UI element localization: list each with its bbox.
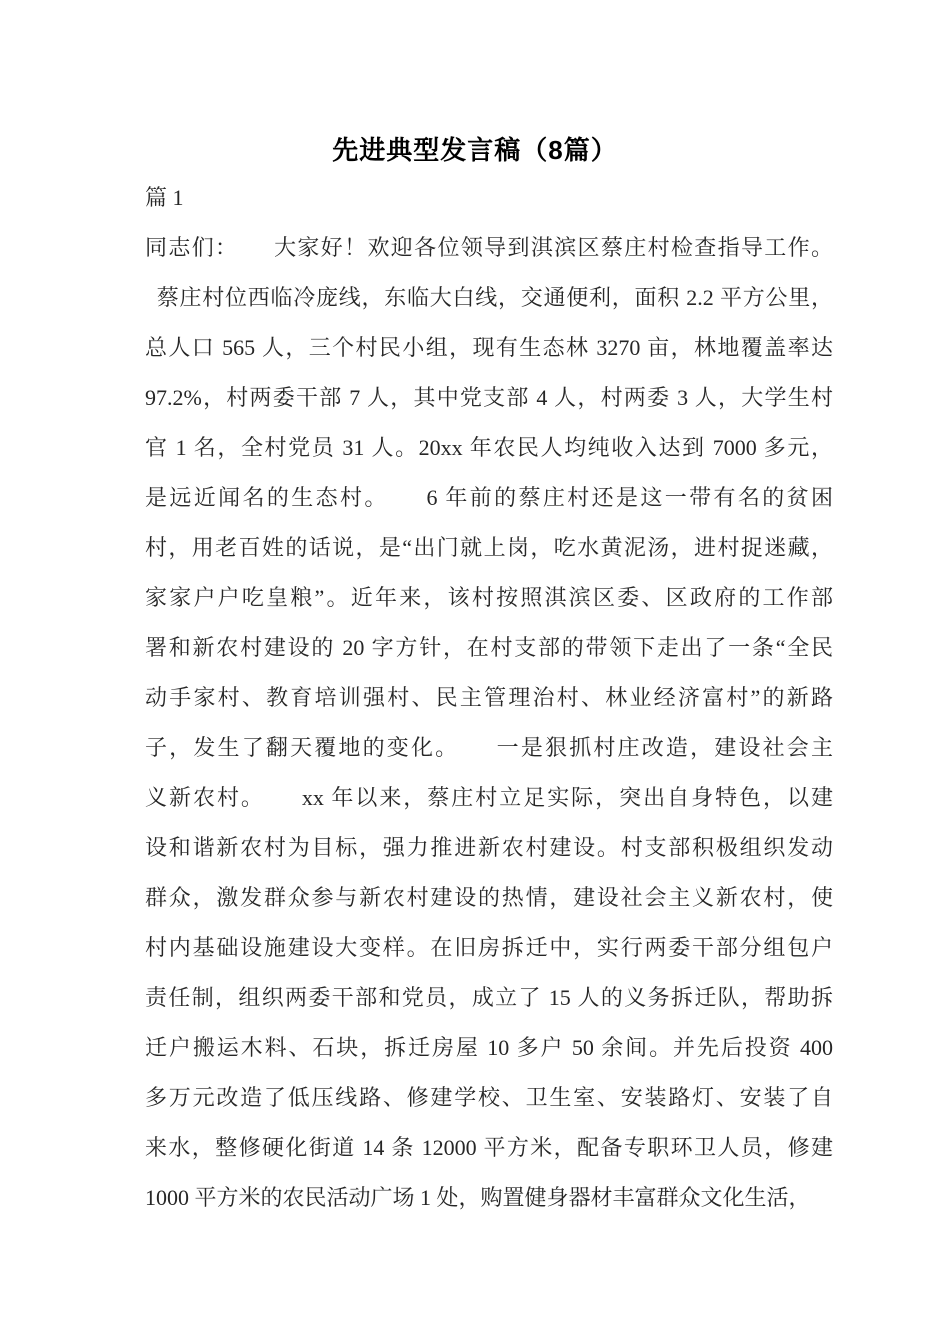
text-line: 责任制，组织两委干部和党员，成立了 15 人的义务拆迁队，帮助拆 bbox=[145, 973, 833, 1023]
section-label: 篇 1 bbox=[145, 173, 833, 223]
document-page: 先进典型发言稿（8篇） 篇 1 同志们： 大家好！欢迎各位领导到淇滨区蔡庄村检查… bbox=[0, 0, 950, 1344]
text-line: 来水，整修硬化街道 14 条 12000 平方米，配备专职环卫人员，修建 bbox=[145, 1123, 833, 1173]
text-line: 家家户户吃皇粮”。近年来，该村按照淇滨区委、区政府的工作部 bbox=[145, 573, 833, 623]
document-body: 篇 1 同志们： 大家好！欢迎各位领导到淇滨区蔡庄村检查指导工作。 蔡庄村位西临… bbox=[145, 173, 833, 1223]
text-line: 村，用老百姓的话说，是“出门就上岗，吃水黄泥汤，进村捉迷藏， bbox=[145, 523, 833, 573]
text-line: 同志们： 大家好！欢迎各位领导到淇滨区蔡庄村检查指导工作。 bbox=[145, 223, 833, 273]
text-line: 总人口 565 人，三个村民小组，现有生态林 3270 亩，林地覆盖率达 bbox=[145, 323, 833, 373]
text-line: 是远近闻名的生态村。 6 年前的蔡庄村还是这一带有名的贫困 bbox=[145, 473, 833, 523]
text-line: 官 1 名，全村党员 31 人。20xx 年农民人均纯收入达到 7000 多元， bbox=[145, 423, 833, 473]
text-line: 群众，激发群众参与新农村建设的热情，建设社会主义新农村，使 bbox=[145, 873, 833, 923]
text-line: 动手家村、教育培训强村、民主管理治村、林业经济富村”的新路 bbox=[145, 673, 833, 723]
text-line: 署和新农村建设的 20 字方针，在村支部的带领下走出了一条“全民 bbox=[145, 623, 833, 673]
text-line: 义新农村。 xx 年以来，蔡庄村立足实际，突出自身特色，以建 bbox=[145, 773, 833, 823]
text-line: 迁户搬运木料、石块，拆迁房屋 10 多户 50 余间。并先后投资 400 bbox=[145, 1023, 833, 1073]
text-line: 设和谐新农村为目标，强力推进新农村建设。村支部积极组织发动 bbox=[145, 823, 833, 873]
text-line: 蔡庄村位西临冷庞线，东临大白线，交通便利，面积 2.2 平方公里， bbox=[145, 273, 833, 323]
text-line: 村内基础设施建设大变样。在旧房拆迁中，实行两委干部分组包户 bbox=[145, 923, 833, 973]
text-line: 多万元改造了低压线路、修建学校、卫生室、安装路灯、安装了自 bbox=[145, 1073, 833, 1123]
text-line: 97.2%，村两委干部 7 人，其中党支部 4 人，村两委 3 人，大学生村 bbox=[145, 373, 833, 423]
text-line: 子，发生了翻天覆地的变化。 一是狠抓村庄改造，建设社会主 bbox=[145, 723, 833, 773]
document-title: 先进典型发言稿（8篇） bbox=[0, 126, 950, 174]
paragraph: 同志们： 大家好！欢迎各位领导到淇滨区蔡庄村检查指导工作。 蔡庄村位西临冷庞线，… bbox=[145, 223, 833, 1223]
text-line: 1000 平方米的农民活动广场 1 处，购置健身器材丰富群众文化生活， bbox=[145, 1173, 833, 1223]
